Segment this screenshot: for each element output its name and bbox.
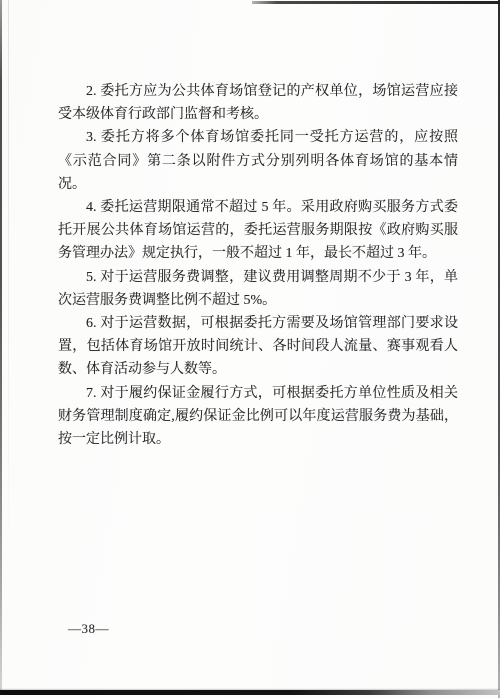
- paragraph-3: 3. 委托方将多个体育场馆委托同一受托方运营的，应按照《示范合同》第二条以附件方…: [58, 126, 458, 196]
- scanned-document-page: 2. 委托方应为公共体育场馆登记的产权单位，场馆运营应接受本级体育行政部门监督和…: [0, 0, 500, 698]
- page-number: —38—: [68, 621, 109, 637]
- paragraph-2: 2. 委托方应为公共体育场馆登记的产权单位，场馆运营应接受本级体育行政部门监督和…: [58, 80, 458, 126]
- scan-artifact-fold-line: [8, 0, 9, 560]
- document-body: 2. 委托方应为公共体育场馆登记的产权单位，场馆运营应接受本级体育行政部门监督和…: [58, 80, 458, 451]
- paragraph-7: 7. 对于履约保证金履行方式，可根据委托方单位性质及相关财务管理制度确定,履约保…: [58, 382, 458, 452]
- scan-artifact-bottom-edge: [0, 690, 500, 695]
- scan-artifact-left-edge: [0, 0, 2, 694]
- paragraph-6: 6. 对于运营数据，可根据委托方需要及场馆管理部门要求设置，包括体育场馆开放时间…: [58, 312, 458, 382]
- paragraph-5: 5. 对于运营服务费调整，建议费用调整周期不少于 3 年，单次运营服务费调整比例…: [58, 266, 458, 312]
- scan-artifact-top-edge: [252, 1, 500, 4]
- paragraph-4: 4. 委托运营期限通常不超过 5 年。采用政府购买服务方式委托开展公共体育场馆运…: [58, 196, 458, 266]
